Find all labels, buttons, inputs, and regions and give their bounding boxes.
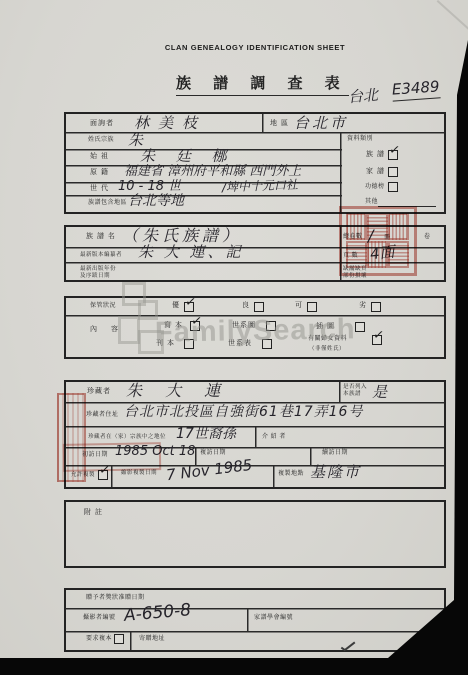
condition-label: 保管狀況 <box>90 303 116 310</box>
permission-checkbox <box>98 470 108 480</box>
watermark-text: FamilySearch <box>155 314 356 349</box>
survey-table: 面詢者 林美枝 地 區 台北市 姓氏宗族 朱 始 祖 朱 廷 梛 原 籍 福建省… <box>64 112 446 214</box>
interviewer-value: 林美枝 <box>134 115 206 132</box>
content-women-checkbox <box>372 335 382 345</box>
coverage-value: 台北等地 <box>128 194 184 209</box>
paper-sheet: CLAN GENEALOGY IDENTIFICATION SHEET 族 譜 … <box>0 0 468 675</box>
condition-fair-label: 可 <box>295 302 303 310</box>
copy-place-label: 複製地點 <box>278 471 304 478</box>
copy-date-label: 縮影複製日期 <box>121 470 157 477</box>
material-option-family-checkbox <box>388 167 398 177</box>
condition-poor-label: 劣 <box>359 302 367 310</box>
material-option-genealogy-checkbox <box>388 150 398 160</box>
award-date-label: 贈予者獎狀准贈日期 <box>86 595 145 602</box>
owner-label: 珍藏者 <box>87 388 111 396</box>
material-option-genealogy-label: 族 譜 <box>366 151 385 159</box>
material-option-merit-checkbox <box>388 182 398 192</box>
corner-crease <box>437 0 468 39</box>
condition-good-checkbox <box>254 302 264 312</box>
notes-label: 附 註 <box>84 509 103 517</box>
red-seal-stamp <box>339 206 417 276</box>
request-copy-checkbox <box>114 634 124 644</box>
compiler-label: 最新版本編纂者 <box>80 252 122 259</box>
book-unit-label: 卷 <box>424 234 431 241</box>
owner-address-value: 台北市北投區自強街61巷17弄16号 <box>124 405 363 420</box>
in-genealogy-value: 是 <box>372 384 387 401</box>
society-number-label: 家譜學會編號 <box>254 615 293 622</box>
origin-value: 福建省 漳州府平和縣 西門外上 <box>124 165 301 179</box>
owner-value: 朱 大 連 <box>126 382 229 400</box>
origin-label: 原 籍 <box>90 169 109 177</box>
content-women-note: （非僅姓氏） <box>309 346 345 353</box>
interviewer-label: 面詢者 <box>90 120 114 128</box>
first-ancestor-label: 始 祖 <box>90 153 109 161</box>
area-value: 台北市 <box>294 115 348 132</box>
publish-date-label: 最新出版年份 及序跋日期 <box>80 266 116 280</box>
condition-excellent-label: 優 <box>172 302 180 310</box>
genealogy-title-label: 族 譜 名 <box>86 233 116 241</box>
condition-poor-checkbox <box>371 302 381 312</box>
notes-table: 附 註 <box>64 500 446 568</box>
clan-surname-label: 姓氏宗族 <box>88 137 114 144</box>
generations-label: 世 代 <box>90 185 109 193</box>
compiler-value: 朱 大 連、記 <box>138 244 244 261</box>
owner-position-label: 珍藏者在（家）宗族中之地位 <box>88 434 166 441</box>
copy-date-value: 7 Nov 1985 <box>165 457 253 484</box>
coverage-label: 族譜包含地區 <box>88 200 127 207</box>
material-option-family-label: 家 譜 <box>366 168 385 176</box>
chinese-title: 族 譜 調 查 表 <box>176 76 349 96</box>
catalog-number-handwriting: E3489 <box>391 78 440 101</box>
follow-visit-label: 續訪日期 <box>322 450 348 457</box>
origin-continued: /埤中十元口社 <box>222 179 298 195</box>
condition-excellent-checkbox <box>184 302 194 312</box>
first-ancestor-value: 朱 廷 梛 <box>140 148 235 165</box>
english-title: CLAN GENEALOGY IDENTIFICATION SHEET <box>64 44 446 52</box>
area-label: 地 區 <box>270 120 289 128</box>
material-option-merit-label: 功德榜 <box>365 184 385 191</box>
request-copy-label: 要求複本 <box>86 636 112 643</box>
owner-table: 珍藏者 朱 大 連 是否列入 本族譜 是 珍藏者住址 台北市北投區自強街61巷1… <box>64 380 446 489</box>
photographer-number-value: A-650-8 <box>123 601 192 625</box>
introducer-label: 介 紹 者 <box>262 434 286 441</box>
in-genealogy-label: 是否列入 本族譜 <box>343 384 367 398</box>
red-box-stamp <box>63 442 161 472</box>
material-other-label: 其他 <box>365 199 378 206</box>
photographer-label: 攝影者編號 <box>83 615 116 622</box>
condition-good-label: 良 <box>242 302 250 310</box>
second-visit-label: 複訪日期 <box>200 450 226 457</box>
admin-table: 贈予者獎狀准贈日期 攝影者編號 A-650-8 家譜學會編號 要求複本 寄贈地址 <box>64 588 446 652</box>
scanned-document: CLAN GENEALOGY IDENTIFICATION SHEET 族 譜 … <box>0 0 468 675</box>
genealogy-title-value: （朱氏族譜） <box>122 227 242 245</box>
content-illustration-checkbox <box>355 322 365 332</box>
copy-place-value: 基隆市 <box>310 464 361 481</box>
owner-position-value: 17世裔孫 <box>176 427 236 442</box>
owner-address-label: 珍藏者住址 <box>86 412 119 419</box>
condition-fair-checkbox <box>307 302 317 312</box>
location-note-handwriting: 台北 <box>347 87 378 106</box>
material-type-title: 資料類別 <box>347 136 373 143</box>
mail-address-label: 寄贈地址 <box>139 636 165 643</box>
